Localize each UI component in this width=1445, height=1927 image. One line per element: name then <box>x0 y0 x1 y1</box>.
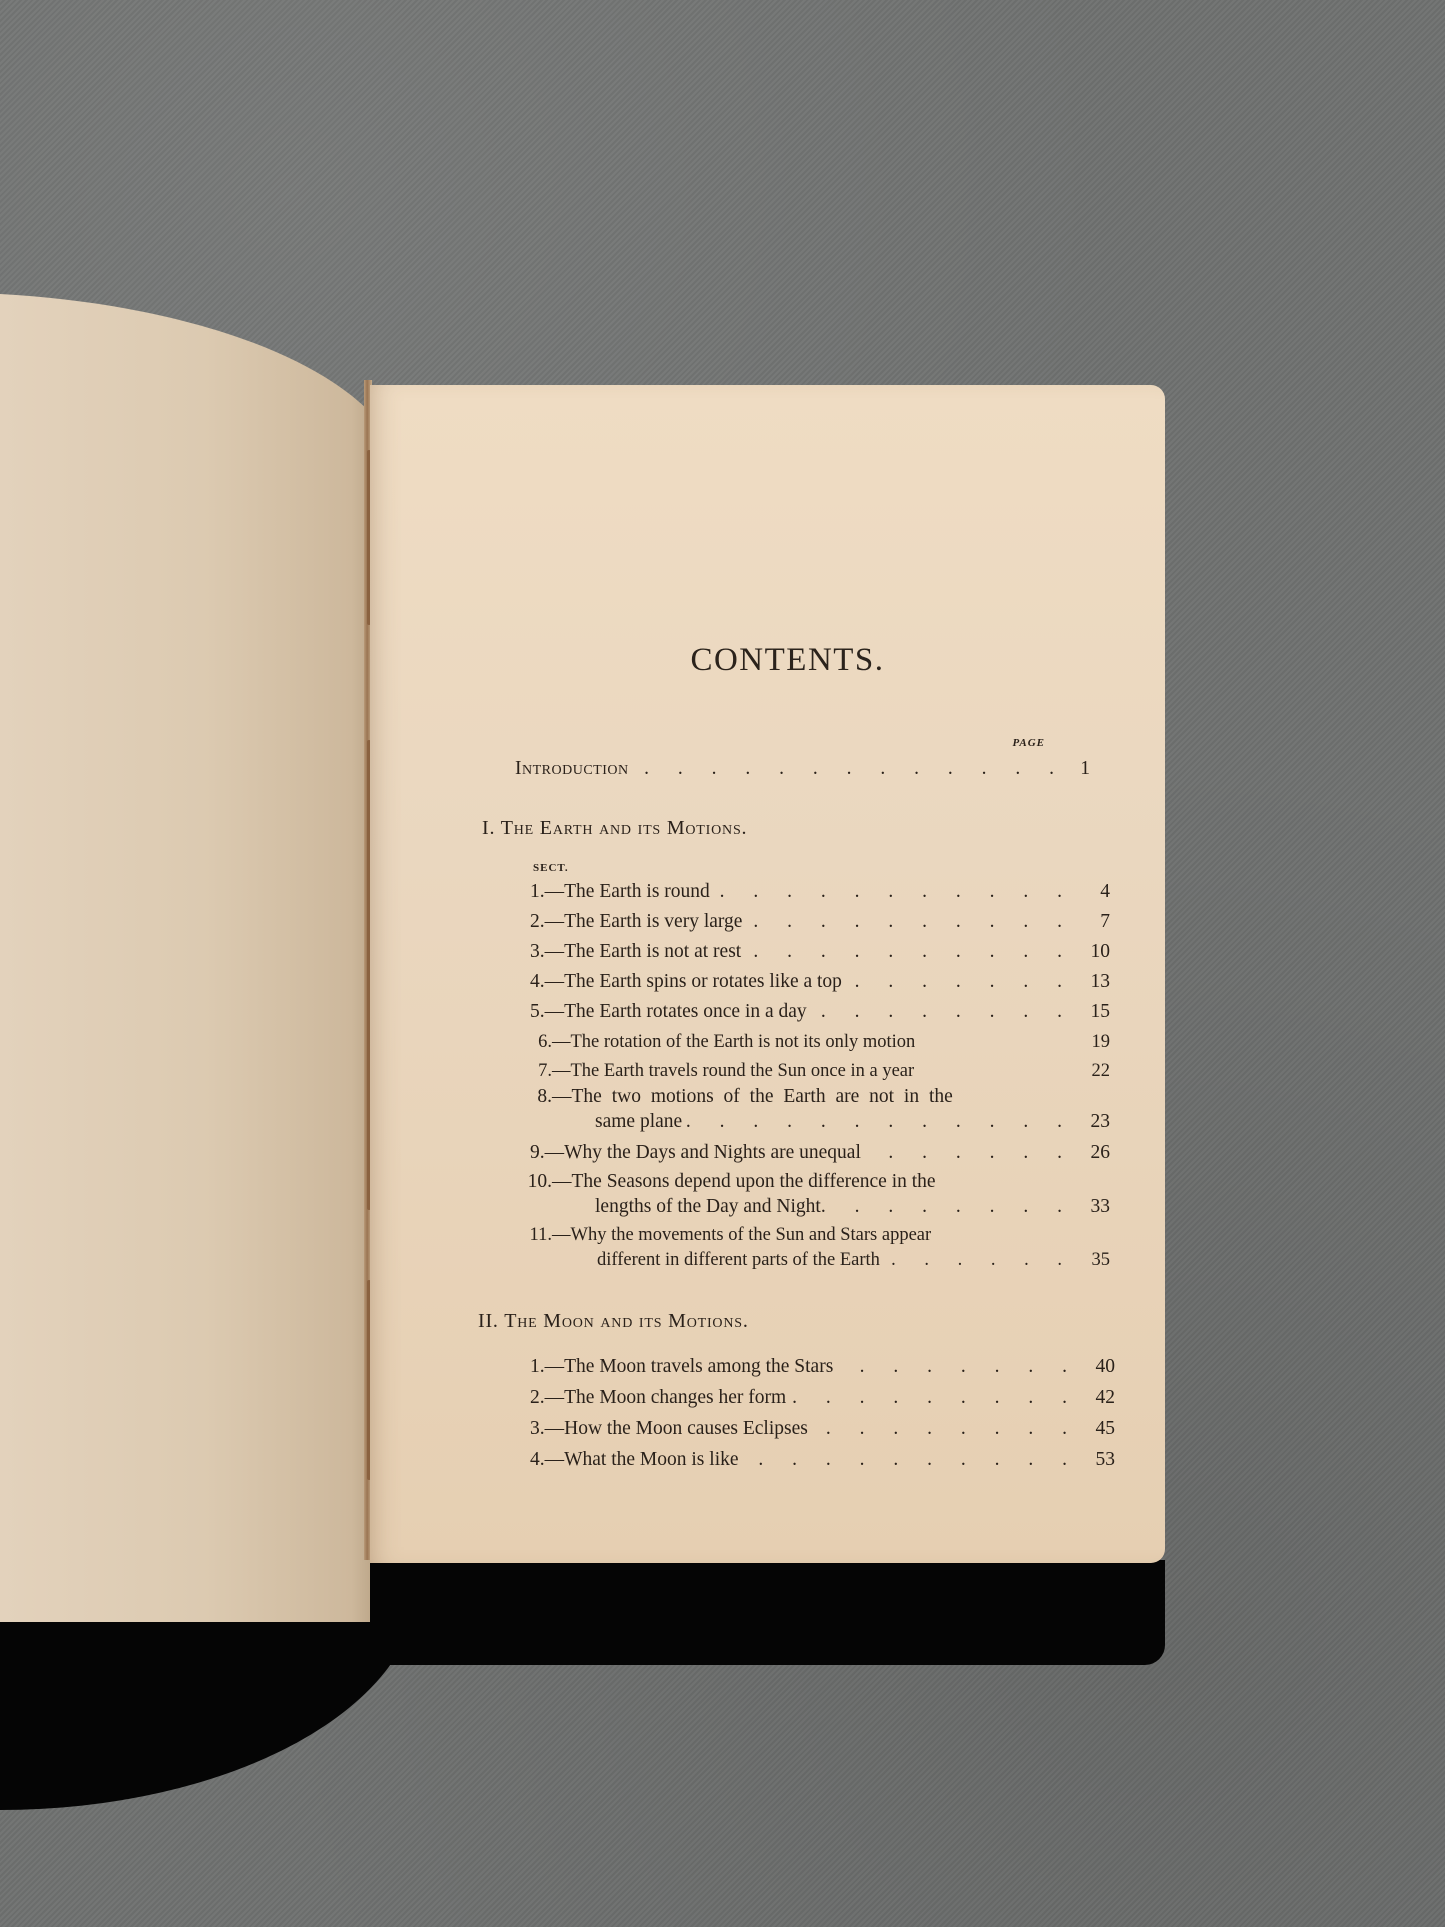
table-of-contents: CONTENTS. PAGE Introduction . . . . . . … <box>370 385 1165 1563</box>
em-dash: — <box>552 1086 572 1107</box>
toc-entry[interactable]: 1.— The Moon travels among the Stars . .… <box>530 1355 1115 1379</box>
dot-leader: . . . . . . . . . . . . . . . . . . . . … <box>741 940 1074 964</box>
entry-number: 1. <box>530 1355 545 1379</box>
toc-entry[interactable]: 1.— The Earth is round . . . . . . . . .… <box>530 880 1110 904</box>
em-dash: — <box>545 910 565 934</box>
entry-page: 53 <box>1079 1448 1115 1472</box>
entry-number: 4. <box>530 970 545 994</box>
entry-title-continued: same plane <box>595 1110 682 1135</box>
entry-page: 40 <box>1079 1355 1115 1379</box>
dot-leader: . . . . . . . . . . . . . . . . . . . . … <box>880 1248 1074 1273</box>
page-title: CONTENTS. <box>370 642 1165 679</box>
entry-number: 2. <box>530 910 545 934</box>
right-page: CONTENTS. PAGE Introduction . . . . . . … <box>370 385 1165 1563</box>
entry-title: How the Moon causes Eclipses <box>564 1417 808 1441</box>
entry-page: 4 <box>1074 880 1110 904</box>
entry-number: 1. <box>530 880 545 904</box>
entry-page: 19 <box>1074 1030 1110 1054</box>
em-dash: — <box>545 1386 565 1410</box>
section-heading: I. The Earth and its Motions. <box>482 817 747 840</box>
section-title: The Moon and its Motions. <box>504 1310 748 1332</box>
em-dash: — <box>545 1355 565 1379</box>
entry-number: 6. <box>530 1030 552 1054</box>
toc-entry[interactable]: 2.— The Earth is very large . . . . . . … <box>530 910 1110 934</box>
entry-title: The Earth is very large <box>564 910 742 934</box>
entry-page: 33 <box>1074 1195 1110 1220</box>
em-dash: — <box>552 1059 571 1083</box>
em-dash: — <box>552 1225 571 1245</box>
section-heading: II. The Moon and its Motions. <box>478 1310 749 1333</box>
entry-page: 10 <box>1074 940 1110 964</box>
entry-number: 4. <box>530 1448 545 1472</box>
dot-leader: . . . . . . . . . . . . . . . . . . . . … <box>807 1000 1074 1024</box>
entry-number: 8. <box>530 1085 552 1110</box>
dot-leader: . . . . . . . . . . . . . . . . . . . . … <box>842 970 1074 994</box>
section-numeral: II. <box>478 1310 499 1332</box>
entry-title: Why the movements of the Sun and Stars a… <box>571 1225 932 1245</box>
em-dash: — <box>545 1000 565 1024</box>
toc-entry[interactable]: 9.— Why the Days and Nights are unequal … <box>530 1141 1110 1165</box>
section-numeral: I. <box>482 817 495 839</box>
toc-entry[interactable]: 4.— What the Moon is like . . . . . . . … <box>530 1448 1115 1472</box>
dot-leader: . . . . . . . . . . . . . . . . . . . . … <box>808 1417 1079 1441</box>
entry-title: What the Moon is like <box>564 1448 738 1472</box>
entry-page: 42 <box>1079 1386 1115 1410</box>
section-title: The Earth and its Motions. <box>501 817 748 839</box>
em-dash: — <box>545 940 565 964</box>
em-dash: — <box>545 970 565 994</box>
entry-title: Why the Days and Nights are unequal <box>564 1141 861 1165</box>
entry-number: 9. <box>530 1141 545 1165</box>
sect-label: SECT. <box>533 862 569 874</box>
dot-leader: . . . . . . . . . . . . . . . . . . . . … <box>629 757 1066 781</box>
entry-page: 35 <box>1074 1248 1110 1273</box>
entry-number: 3. <box>530 1417 545 1441</box>
entry-title: The Earth spins or rotates like a top <box>564 970 842 994</box>
entry-title: The Moon changes her form <box>564 1386 786 1410</box>
toc-entry[interactable]: 10.—The Seasons depend upon the differen… <box>520 1170 1110 1219</box>
left-page <box>0 292 370 1622</box>
entry-page: 23 <box>1074 1110 1110 1135</box>
toc-entry[interactable]: 7.— The Earth travels round the Sun once… <box>530 1059 1110 1083</box>
toc-entry[interactable]: 4.— The Earth spins or rotates like a to… <box>530 970 1110 994</box>
entry-number: 7. <box>530 1059 552 1083</box>
entry-title-continued: different in different parts of the Eart… <box>597 1248 880 1273</box>
entry-title: The Seasons depend upon the difference i… <box>572 1171 936 1192</box>
toc-entry[interactable]: 8.—The two motions of the Earth are not … <box>530 1085 1110 1134</box>
dot-leader: . . . . . . . . . . . . . . . . . . . . … <box>833 1355 1079 1379</box>
toc-entry[interactable]: 2.— The Moon changes her form . . . . . … <box>530 1386 1115 1410</box>
entry-number: 2. <box>530 1386 545 1410</box>
toc-entry[interactable]: 3.— The Earth is not at rest . . . . . .… <box>530 940 1110 964</box>
entry-page: 26 <box>1074 1141 1110 1165</box>
dot-leader: . . . . . . . . . . . . . . . . . . . . … <box>710 880 1074 904</box>
entry-title: The Earth rotates once in a day <box>564 1000 807 1024</box>
toc-entry-introduction[interactable]: Introduction . . . . . . . . . . . . . .… <box>515 757 1090 781</box>
entry-number: 11. <box>520 1223 552 1248</box>
toc-entry[interactable]: 3.— How the Moon causes Eclipses . . . .… <box>530 1417 1115 1441</box>
toc-entry[interactable]: 11.—Why the movements of the Sun and Sta… <box>520 1223 1110 1272</box>
toc-entry[interactable]: 5.— The Earth rotates once in a day . . … <box>530 1000 1110 1024</box>
entry-title: The rotation of the Earth is not its onl… <box>571 1030 916 1054</box>
em-dash: — <box>552 1171 572 1192</box>
dot-leader: . . . . . . . . . . . . . . . . . . . . … <box>739 1448 1079 1472</box>
dot-leader: . . . . . . . . . . . . . . . . . . . . … <box>742 910 1074 934</box>
dot-leader: . . . . . . . . . . . . . . . . . . . . … <box>786 1386 1079 1410</box>
dot-leader: . . . . . . . . . . . . . . . . . . . . … <box>861 1141 1074 1165</box>
entry-title: The Earth travels round the Sun once in … <box>571 1059 915 1083</box>
entry-title: The Earth is round <box>564 880 710 904</box>
entry-page: 45 <box>1079 1417 1115 1441</box>
em-dash: — <box>545 1448 565 1472</box>
book-shadow-bottom <box>360 1560 1165 1665</box>
entry-page: 7 <box>1074 910 1110 934</box>
toc-entry[interactable]: 6.— The rotation of the Earth is not its… <box>530 1030 1110 1054</box>
entry-page: 1 <box>1066 757 1090 781</box>
em-dash: — <box>545 1141 565 1165</box>
entry-title-continued: lengths of the Day and Night <box>595 1195 821 1220</box>
entry-page: 22 <box>1074 1059 1110 1083</box>
entry-number: 3. <box>530 940 545 964</box>
entry-number: 10. <box>520 1170 552 1195</box>
entry-number: 5. <box>530 1000 545 1024</box>
entry-title: The two motions of the Earth are not in … <box>572 1086 953 1107</box>
dot-leader: . . . . . . . . . . . . . . . . . . . . … <box>682 1110 1074 1135</box>
entry-title: The Earth is not at rest <box>564 940 741 964</box>
em-dash: — <box>545 1417 565 1441</box>
entry-page: 15 <box>1074 1000 1110 1024</box>
entry-title: Introduction <box>515 757 629 781</box>
em-dash: — <box>545 880 565 904</box>
entry-page: 13 <box>1074 970 1110 994</box>
entry-title: The Moon travels among the Stars <box>564 1355 833 1379</box>
page-column-label: PAGE <box>1012 737 1045 749</box>
dot-leader: . . . . . . . . . . . . . . . . . . . . … <box>821 1195 1074 1220</box>
em-dash: — <box>552 1030 571 1054</box>
